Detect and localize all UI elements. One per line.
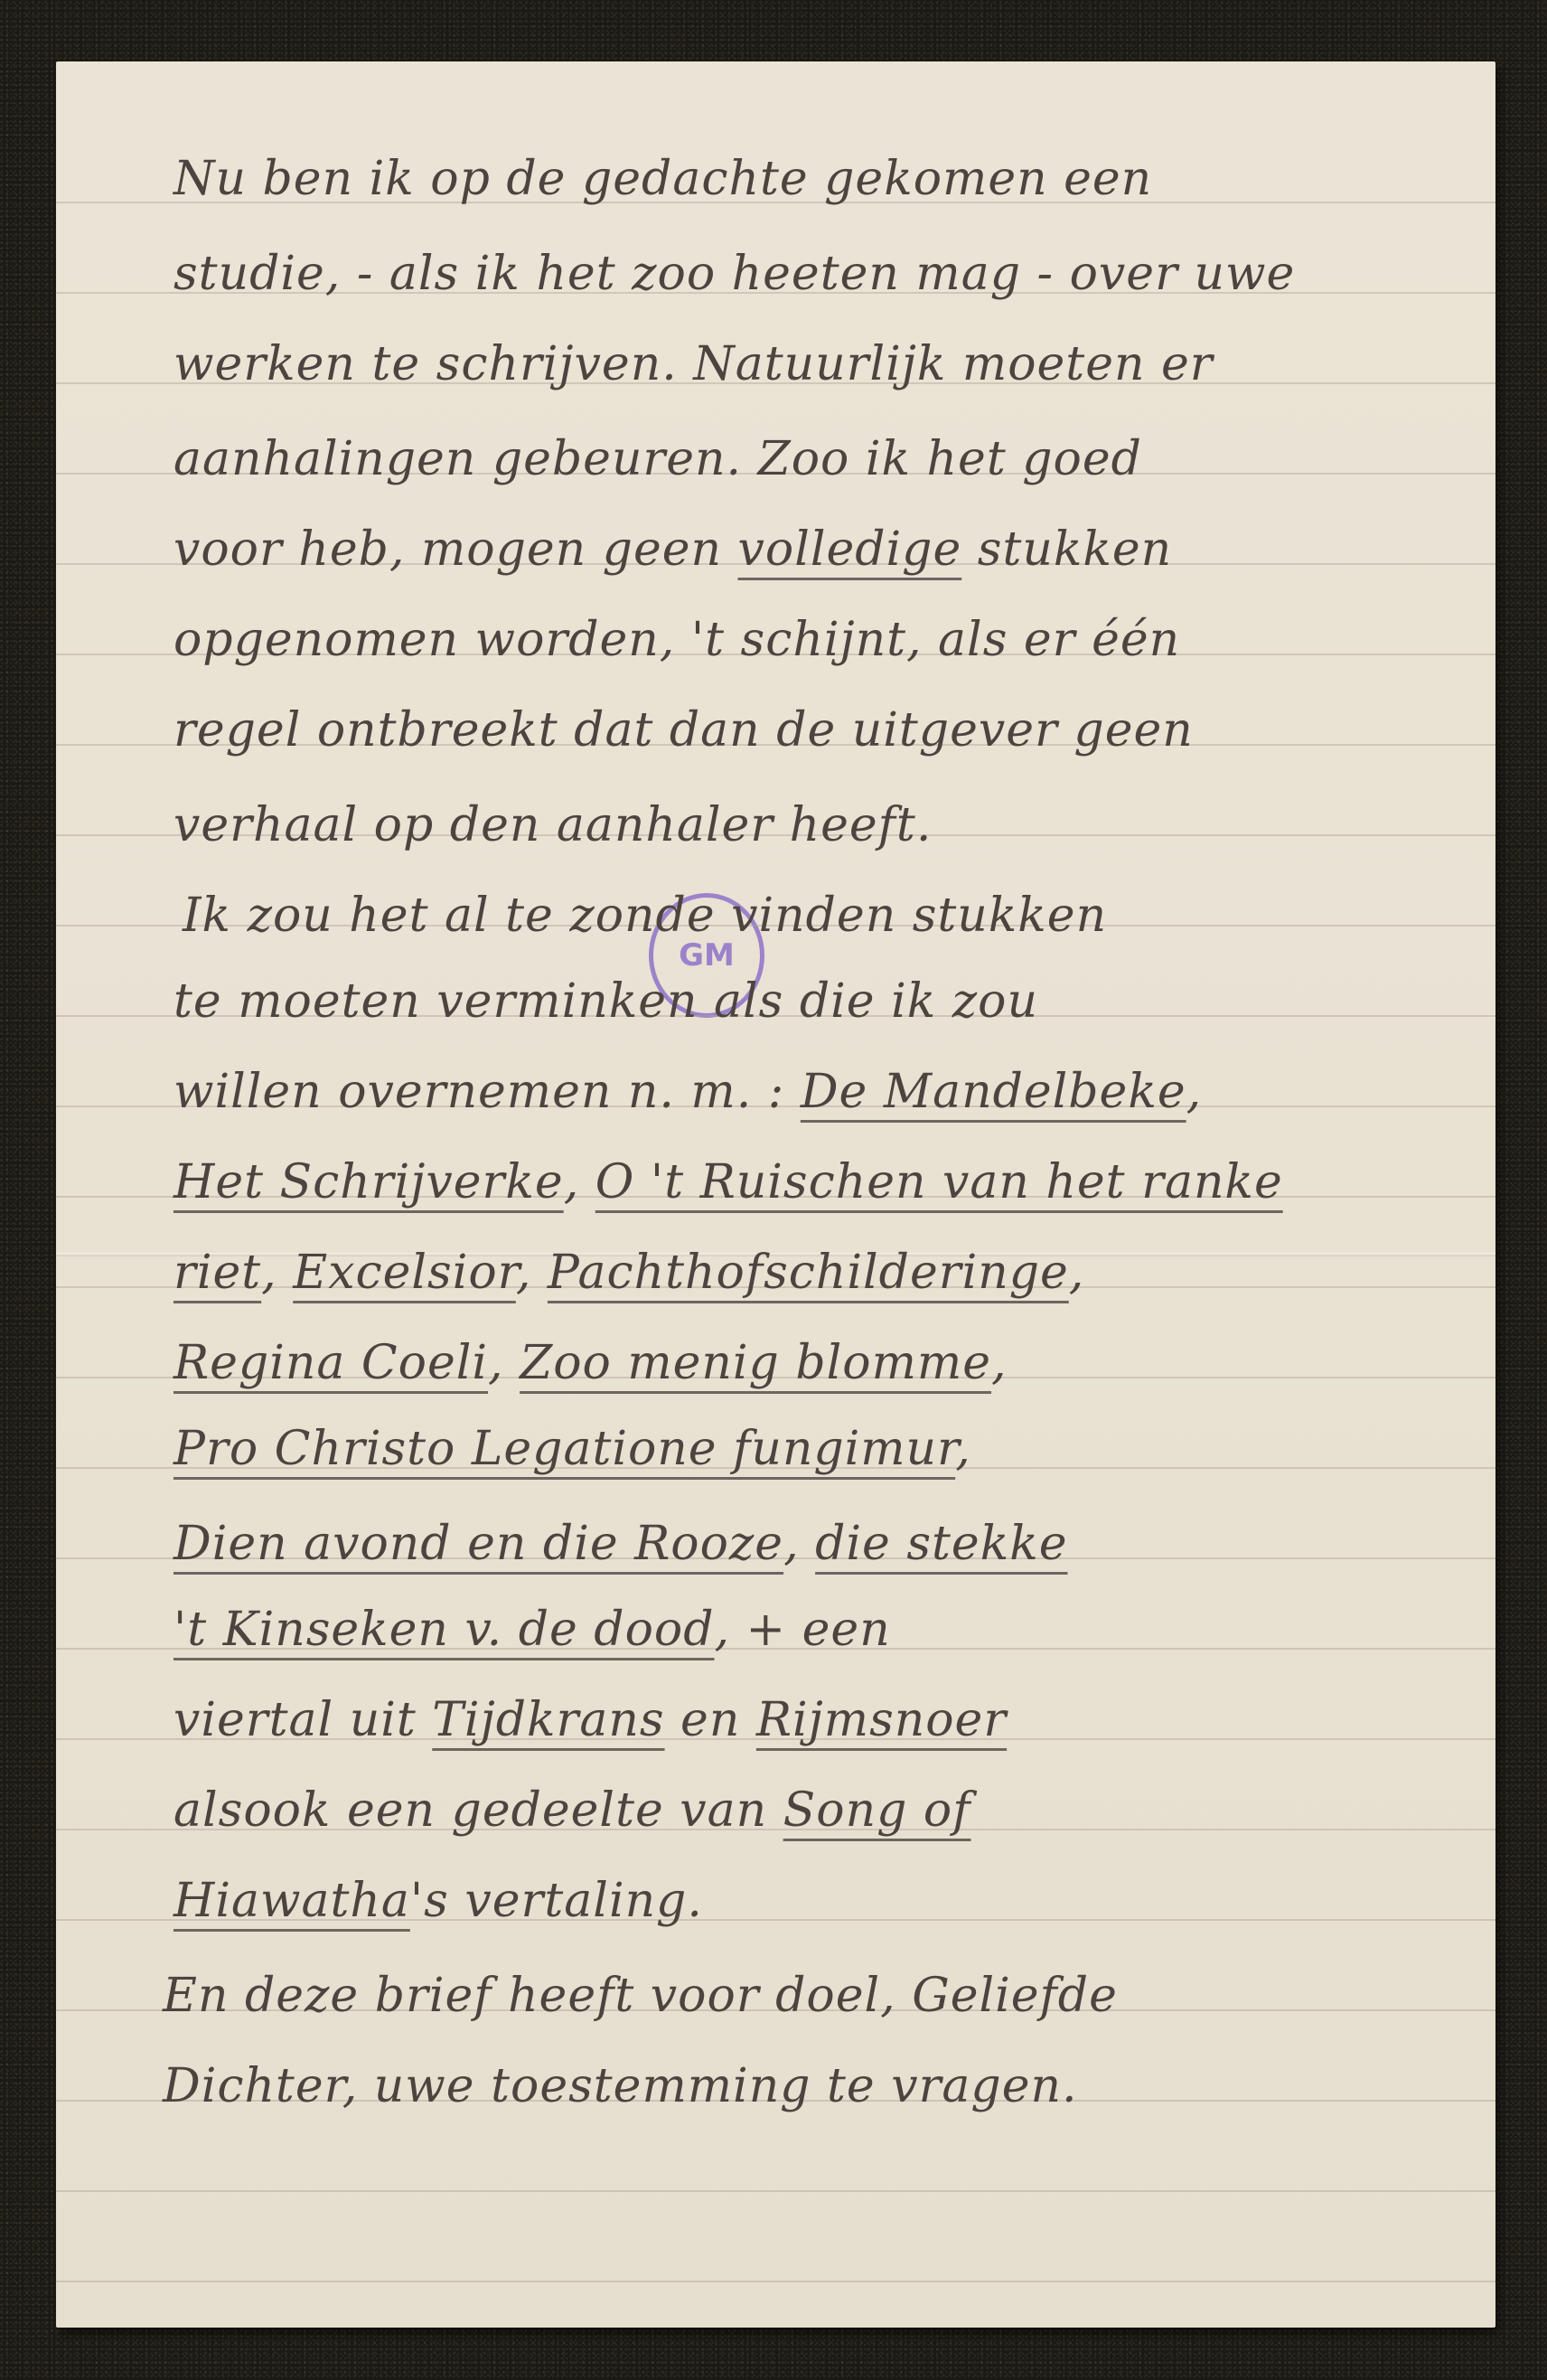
text-segment: , <box>1069 1246 1085 1300</box>
letter-page: GM Nu ben ik op de gedachte gekomen eens… <box>56 61 1495 2328</box>
underlined-title: Excelsior <box>293 1246 516 1300</box>
handwritten-line: Ik zou het al te zonde vinden stukken <box>183 889 1459 943</box>
handwritten-line: En deze brief heeft voor doel, Geliefde <box>163 1969 1459 2023</box>
handwritten-line: aanhalingen gebeuren. Zoo ik het goed <box>173 432 1459 486</box>
text-segment: , <box>1186 1065 1203 1119</box>
handwritten-line: verhaal op den aanhaler heeft. <box>173 798 1459 852</box>
text-segment: regel ontbreekt dat dan de uitgever geen <box>173 703 1194 757</box>
handwritten-line: Dien avond en die Rooze, die stekke <box>173 1517 1459 1571</box>
text-segment: Ik zou het al te zonde vinden stukken <box>183 889 1107 943</box>
ruled-line <box>56 2190 1495 2192</box>
underlined-title: Rijmsnoer <box>756 1693 1007 1747</box>
handwritten-line: studie, - als ik het zoo heeten mag - ov… <box>173 247 1459 301</box>
handwritten-line: Hiawatha's vertaling. <box>173 1874 1459 1928</box>
text-segment: te moeten verminken als die ik zou <box>173 974 1038 1029</box>
text-segment: voor heb, mogen geen <box>173 522 738 577</box>
underlined-title: O 't Ruischen van het ranke <box>595 1155 1283 1209</box>
underlined-title: Hiawatha <box>173 1874 410 1928</box>
ruled-line <box>56 2281 1495 2282</box>
underlined-title: volledige <box>738 522 962 577</box>
text-segment: Dichter, uwe toestemming te vragen. <box>163 2059 1078 2113</box>
underlined-title: Regina Coeli <box>173 1336 488 1390</box>
text-segment: , <box>783 1517 815 1571</box>
handwritten-line: regel ontbreekt dat dan de uitgever geen <box>173 703 1459 757</box>
text-segment: , <box>488 1336 520 1390</box>
handwritten-line: riet, Excelsior, Pachthofschilderinge, <box>173 1246 1459 1300</box>
handwritten-line: voor heb, mogen geen volledige stukken <box>173 522 1459 577</box>
text-segment: En deze brief heeft voor doel, Geliefde <box>163 1969 1118 2023</box>
text-segment: verhaal op den aanhaler heeft. <box>173 798 932 852</box>
handwritten-line: willen overnemen n. m. : De Mandelbeke, <box>173 1065 1459 1119</box>
handwritten-line: Regina Coeli, Zoo menig blomme, <box>173 1336 1459 1390</box>
underlined-title: Tijdkrans <box>432 1693 664 1747</box>
text-segment: , <box>991 1336 1008 1390</box>
underlined-title: riet <box>173 1246 261 1300</box>
text-segment: opgenomen worden, 't schijnt, als er één <box>173 613 1180 667</box>
handwritten-line: Dichter, uwe toestemming te vragen. <box>163 2059 1459 2113</box>
underlined-title: Zoo menig blomme <box>520 1336 991 1390</box>
text-segment: 's vertaling. <box>410 1874 703 1928</box>
text-segment: stukken <box>961 522 1172 577</box>
text-segment: werken te schrijven. Natuurlijk moeten e… <box>173 337 1214 391</box>
text-segment: viertal uit <box>173 1693 432 1747</box>
underlined-title: Song of <box>783 1783 971 1838</box>
handwritten-line: viertal uit Tijdkrans en Rijmsnoer <box>173 1693 1459 1747</box>
underlined-title: Pro Christo Legatione fungimur <box>173 1422 955 1476</box>
text-segment: willen overnemen n. m. : <box>173 1065 801 1119</box>
underlined-title: Het Schrijverke <box>173 1155 564 1209</box>
text-segment: aanhalingen gebeuren. Zoo ik het goed <box>173 432 1142 486</box>
handwritten-line: 't Kinseken v. de dood, + een <box>173 1603 1459 1657</box>
handwritten-line: Het Schrijverke, O 't Ruischen van het r… <box>173 1155 1459 1209</box>
underlined-title: 't Kinseken v. de dood <box>173 1603 715 1657</box>
handwritten-line: te moeten verminken als die ik zou <box>173 974 1459 1029</box>
text-segment: , <box>955 1422 971 1476</box>
text-segment: , <box>261 1246 293 1300</box>
text-segment: , <box>516 1246 548 1300</box>
text-segment: alsook een gedeelte van <box>173 1783 783 1838</box>
handwritten-line: alsook een gedeelte van Song of <box>173 1783 1459 1838</box>
handwritten-line: opgenomen worden, 't schijnt, als er één <box>173 613 1459 667</box>
text-segment: en <box>665 1693 756 1747</box>
underlined-title: die stekke <box>815 1517 1067 1571</box>
text-segment: , + een <box>715 1603 891 1657</box>
handwritten-line: Pro Christo Legatione fungimur, <box>173 1422 1459 1476</box>
text-segment: Nu ben ik op de gedachte gekomen een <box>173 152 1152 206</box>
text-segment: , <box>564 1155 595 1209</box>
underlined-title: Dien avond en die Rooze <box>173 1517 783 1571</box>
handwritten-line: werken te schrijven. Natuurlijk moeten e… <box>173 337 1459 391</box>
handwritten-line: Nu ben ik op de gedachte gekomen een <box>173 152 1459 206</box>
text-segment: studie, - als ik het zoo heeten mag - ov… <box>173 247 1295 301</box>
underlined-title: Pachthofschilderinge <box>548 1246 1069 1300</box>
underlined-title: De Mandelbeke <box>801 1065 1186 1119</box>
